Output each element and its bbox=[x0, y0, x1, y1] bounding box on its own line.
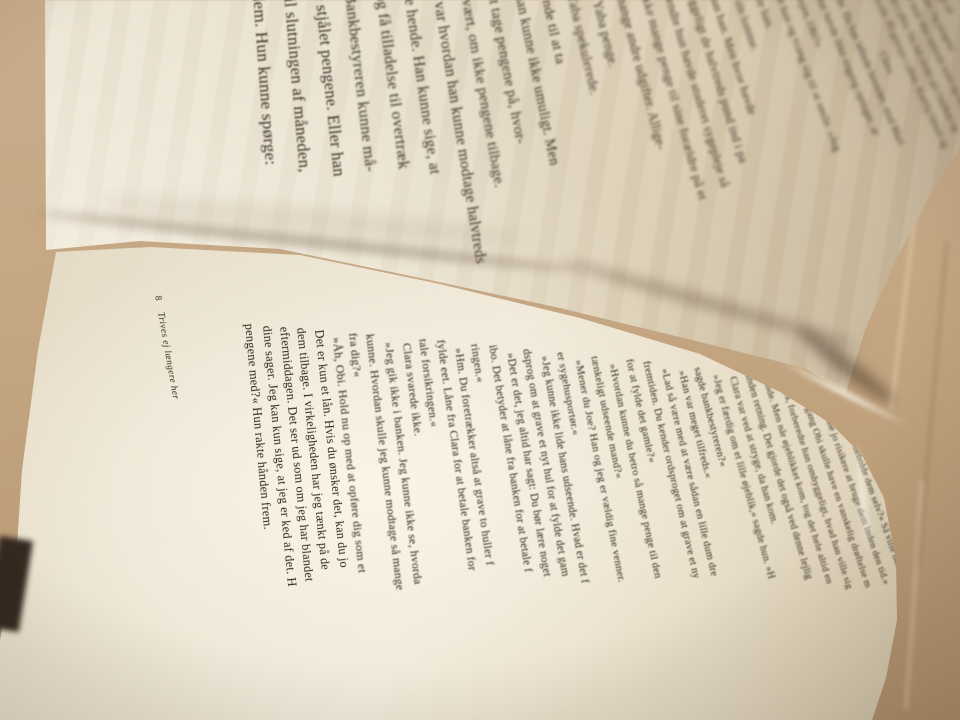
photo-open-book-on-table: lge udikke. Og pengenere med. Han sukked… bbox=[0, 0, 960, 720]
photo-vignette bbox=[0, 0, 960, 720]
